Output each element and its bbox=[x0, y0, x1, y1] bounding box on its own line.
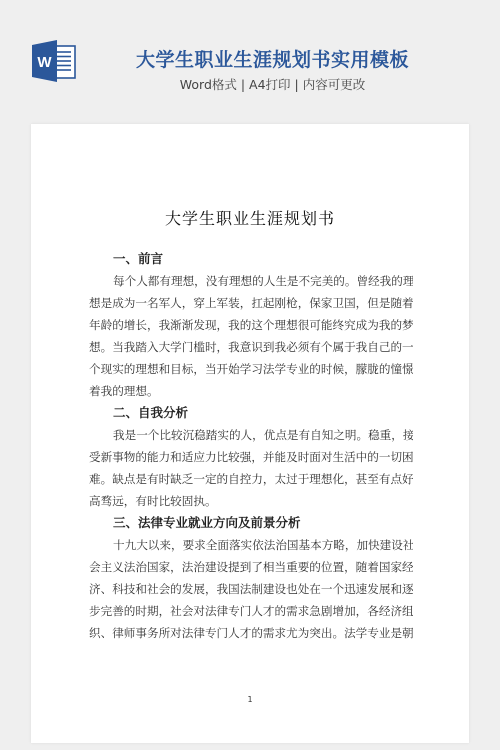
template-title: 大学生职业生涯规划书实用模板 bbox=[120, 45, 425, 72]
page-number: 1 bbox=[31, 695, 469, 704]
paragraph-line: 难。缺点是有时缺乏一定的自控力，太过于理想化，甚至有点好 bbox=[89, 468, 413, 490]
paragraph-line: 年龄的增长，我渐渐发现，我的这个理想很可能终究成为我的梦 bbox=[89, 314, 413, 336]
template-subtitle: Word格式 | A4打印 | 内容可更改 bbox=[120, 75, 425, 93]
section-heading-career-outlook: 三、法律专业就业方向及前景分析 bbox=[89, 512, 413, 534]
paragraph-line: 步完善的时期，社会对法律专门人才的需求急剧增加，各经济组 bbox=[89, 600, 413, 622]
paragraph-line: 济、科技和社会的发展，我国法制建设也处在一个迅速发展和逐 bbox=[89, 578, 413, 600]
document-title: 大学生职业生涯规划书 bbox=[31, 206, 469, 229]
template-header: W 大学生职业生涯规划书实用模板 Word格式 | A4打印 | 内容可更改 bbox=[0, 0, 500, 110]
paragraph-line: 想是成为一名军人，穿上军装，扛起刚枪，保家卫国，但是随着 bbox=[89, 292, 413, 314]
document-page: 大学生职业生涯规划书 一、前言 每个人都有理想，没有理想的人生是不完美的。曾经我… bbox=[31, 124, 469, 743]
paragraph-career-outlook: 十九大以来，要求全面落实依法治国基本方略，加快建设社 会主义法治国家，法治建设提… bbox=[89, 534, 413, 644]
paragraph-line: 十九大以来，要求全面落实依法治国基本方略，加快建设社 bbox=[89, 534, 413, 556]
paragraph-line: 织、律师事务所对法律专门人才的需求尤为突出。法学专业是朝 bbox=[89, 622, 413, 644]
paragraph-line: 每个人都有理想，没有理想的人生是不完美的。曾经我的理 bbox=[89, 270, 413, 292]
paragraph-line: 受新事物的能力和适应力比较强，并能及时面对生活中的一切困 bbox=[89, 446, 413, 468]
section-heading-preface: 一、前言 bbox=[89, 248, 413, 270]
document-body: 一、前言 每个人都有理想，没有理想的人生是不完美的。曾经我的理 想是成为一名军人… bbox=[89, 248, 413, 644]
paragraph-self-analysis: 我是一个比较沉稳踏实的人，优点是有自知之明。稳重，接 受新事物的能力和适应力比较… bbox=[89, 424, 413, 512]
paragraph-line: 个现实的理想和目标，当开始学习法学专业的时候，朦胧的憧憬 bbox=[89, 358, 413, 380]
section-heading-self-analysis: 二、自我分析 bbox=[89, 402, 413, 424]
paragraph-line: 想。当我踏入大学门槛时，我意识到我必须有个属于我自己的一 bbox=[89, 336, 413, 358]
word-document-icon: W bbox=[31, 40, 77, 82]
paragraph-line: 高骛远，有时比较固执。 bbox=[89, 490, 413, 512]
paragraph-line: 我是一个比较沉稳踏实的人，优点是有自知之明。稳重，接 bbox=[89, 424, 413, 446]
paragraph-line: 会主义法治国家，法治建设提到了相当重要的位置，随着国家经 bbox=[89, 556, 413, 578]
paragraph-preface: 每个人都有理想，没有理想的人生是不完美的。曾经我的理 想是成为一名军人，穿上军装… bbox=[89, 270, 413, 402]
svg-text:W: W bbox=[37, 54, 52, 71]
paragraph-line: 着我的理想。 bbox=[89, 380, 413, 402]
